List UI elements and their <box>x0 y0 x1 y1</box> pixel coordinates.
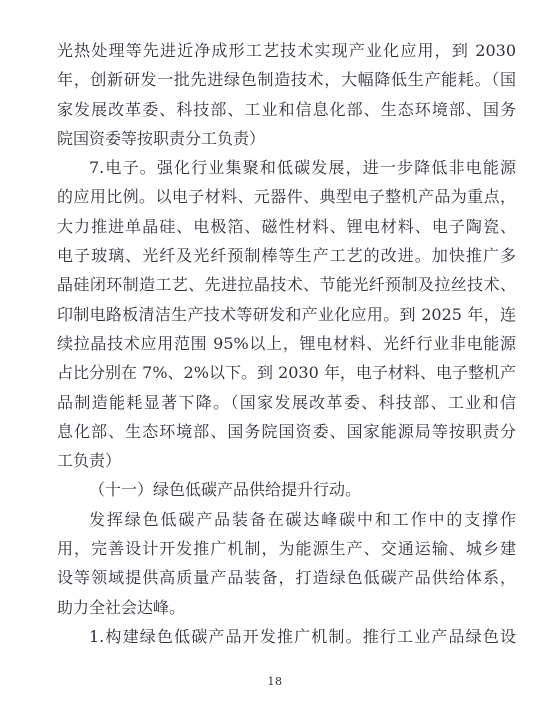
text-line: 助力全社会达峰。 <box>57 593 516 622</box>
text-line: 年，创新研发一批先进绿色制造技术，大幅降低生产能耗。（国 <box>57 65 516 94</box>
document-page: 光热处理等先进近净成形工艺技术实现产业化应用，到 2030年，创新研发一批先进绿… <box>0 0 550 706</box>
text-line: 家发展改革委、科技部、工业和信息化部、生态环境部、国务 <box>57 95 516 124</box>
text-line: 7.电子。强化行业集聚和低碳发展，进一步降低非电能源 <box>57 153 516 182</box>
text-line: 晶硅闭环制造工艺、先进拉晶技术、节能光纤预制及拉丝技术、 <box>57 270 516 299</box>
text-line: 息化部、生态环境部、国务院国资委、国家能源局等按职责分 <box>57 417 516 446</box>
text-line: 光热处理等先进近净成形工艺技术实现产业化应用，到 2030 <box>57 36 516 65</box>
text-line: 设等领域提供高质量产品装备，打造绿色低碳产品供给体系， <box>57 563 516 592</box>
text-line: 的应用比例。以电子材料、元器件、典型电子整机产品为重点， <box>57 182 516 211</box>
page-number: 18 <box>0 675 550 688</box>
text-line: 1.构建绿色低碳产品开发推广机制。推行工业产品绿色设 <box>57 622 516 651</box>
text-line: （十一）绿色低碳产品供给提升行动。 <box>57 475 516 504</box>
text-line: 品制造能耗显著下降。（国家发展改革委、科技部、工业和信 <box>57 388 516 417</box>
text-line: 发挥绿色低碳产品装备在碳达峰碳中和工作中的支撑作 <box>57 505 516 534</box>
text-line: 续拉晶技术应用范围 95%以上，锂电材料、光纤行业非电能源 <box>57 329 516 358</box>
text-line: 占比分别在 7%、2%以下。到 2030 年，电子材料、电子整机产 <box>57 358 516 387</box>
text-line: 印制电路板清洁生产技术等研发和产业化应用。到 2025 年，连 <box>57 300 516 329</box>
document-body: 光热处理等先进近净成形工艺技术实现产业化应用，到 2030年，创新研发一批先进绿… <box>57 36 516 651</box>
text-line: 院国资委等按职责分工负责） <box>57 124 516 153</box>
text-line: 电子玻璃、光纤及光纤预制棒等生产工艺的改进。加快推广多 <box>57 241 516 270</box>
text-line: 用，完善设计开发推广机制，为能源生产、交通运输、城乡建 <box>57 534 516 563</box>
text-line: 工负责） <box>57 446 516 475</box>
text-line: 大力推进单晶硅、电极箔、磁性材料、锂电材料、电子陶瓷、 <box>57 212 516 241</box>
